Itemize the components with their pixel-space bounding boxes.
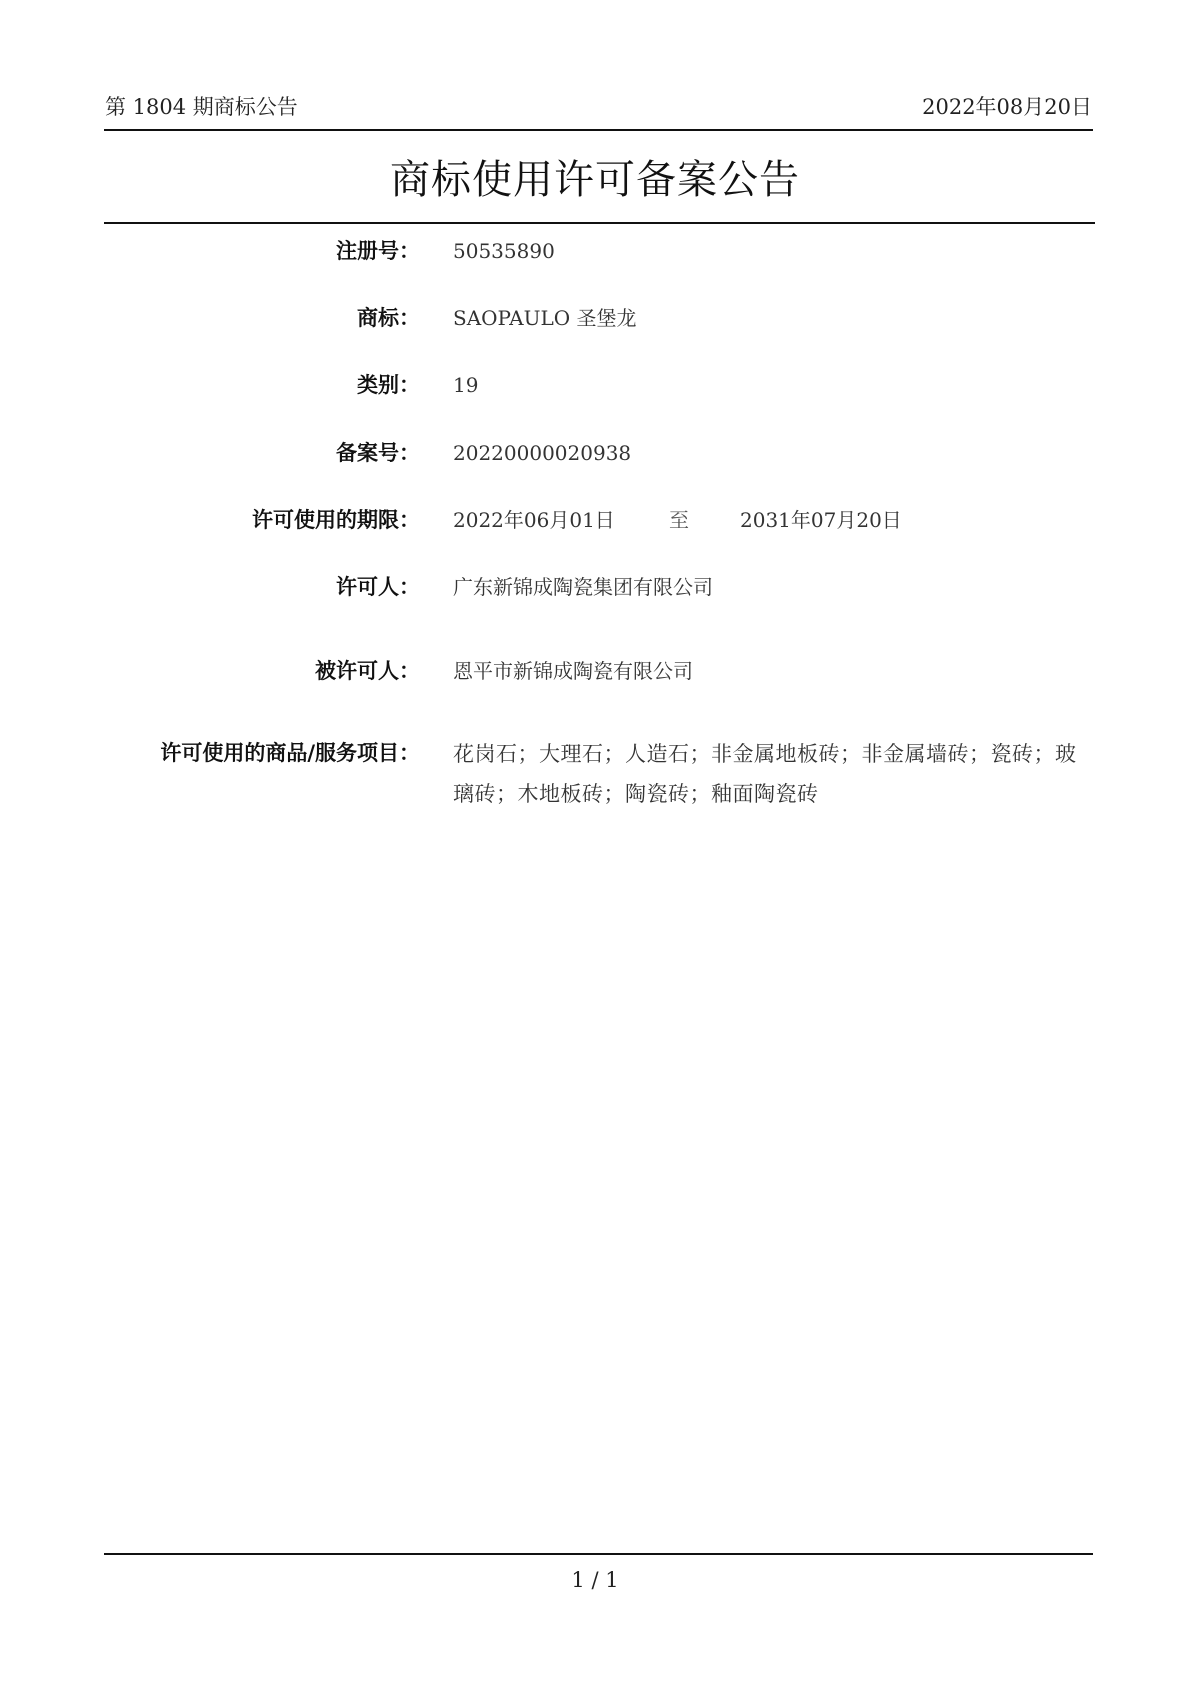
goods-services-value: 花岗石；大理石；人造石；非金属地板砖；非金属墙砖；瓷砖；玻璃砖；木地板砖；陶瓷砖… (453, 734, 1093, 814)
class-value: 19 (453, 370, 478, 400)
issue-number: 第 1804 期商标公告 (105, 92, 298, 122)
registration-no-label: 注册号： (336, 236, 420, 266)
filing-no-value: 20220000020938 (453, 438, 631, 468)
header-divider (104, 129, 1093, 131)
goods-services-label: 许可使用的商品/服务项目： (160, 738, 420, 768)
trademark-value: SAOPAULO 圣堡龙 (453, 303, 637, 333)
license-period-end: 2031年07月20日 (740, 505, 902, 535)
licensor-label: 许可人： (336, 572, 420, 602)
class-label: 类别： (357, 370, 420, 400)
page-number: 1 / 1 (0, 1566, 1190, 1594)
filing-no-label: 备案号： (336, 438, 420, 468)
title-divider (104, 222, 1095, 224)
licensor-value: 广东新锦成陶瓷集团有限公司 (453, 572, 713, 602)
registration-no-value: 50535890 (453, 236, 555, 266)
page-title: 商标使用许可备案公告 (0, 154, 1190, 206)
license-period-label: 许可使用的期限： (252, 505, 420, 535)
licensee-value: 恩平市新锦成陶瓷有限公司 (453, 656, 693, 686)
license-period-start: 2022年06月01日 (453, 505, 615, 535)
license-period-separator: 至 (669, 505, 689, 535)
licensee-label: 被许可人： (315, 656, 420, 686)
footer-divider (104, 1553, 1093, 1555)
publication-date: 2022年08月20日 (922, 92, 1092, 122)
trademark-label: 商标： (357, 303, 420, 333)
